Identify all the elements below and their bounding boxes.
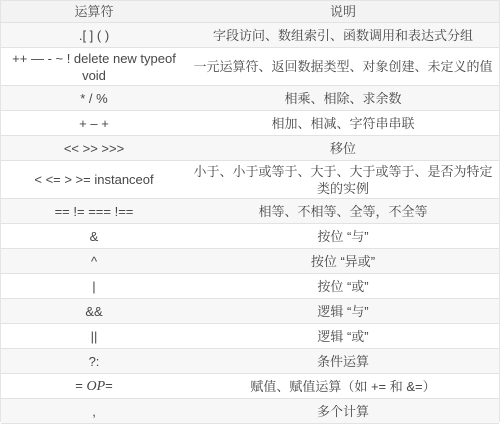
description-cell: 多个计算 xyxy=(187,403,499,420)
description-cell: 移位 xyxy=(187,140,499,157)
description-cell: 字段访问、数组索引、函数调用和表达式分组 xyxy=(187,27,499,44)
description-cell: 逻辑 “或” xyxy=(187,328,499,345)
description-cell: 逻辑 “与” xyxy=(187,303,499,320)
table-row: & 按位 “与” xyxy=(1,224,499,249)
description-cell: 相加、相减、字符串串联 xyxy=(187,115,499,132)
description-cell: 按位 “或” xyxy=(187,278,499,295)
operator-cell: | xyxy=(1,278,187,295)
description-cell: 赋值、赋值运算（如 += 和 &=） xyxy=(187,378,499,395)
table-row: || 逻辑 “或” xyxy=(1,324,499,349)
operator-column-header: 运算符 xyxy=(1,3,187,20)
table-row: ?: 条件运算 xyxy=(1,349,499,374)
table-row: .[ ] ( ) 字段访问、数组索引、函数调用和表达式分组 xyxy=(1,23,499,48)
description-cell: 相等、不相等、全等，不全等 xyxy=(187,203,499,220)
description-cell: 条件运算 xyxy=(187,353,499,370)
table-row: == != === !== 相等、不相等、全等，不全等 xyxy=(1,199,499,224)
operator-cell: ++ — - ~ ! delete new typeof void xyxy=(1,50,187,84)
description-column-header: 说明 xyxy=(187,3,499,20)
assignment-equals-suffix: = xyxy=(105,378,113,393)
operator-cell-assignment: = OP= xyxy=(1,377,187,395)
description-cell: 相乘、相除、求余数 xyxy=(187,90,499,107)
table-row: | 按位 “或” xyxy=(1,274,499,299)
operator-cell: << >> >>> xyxy=(1,140,187,157)
assignment-equals-prefix: = xyxy=(75,378,86,393)
operator-cell: ?: xyxy=(1,353,187,370)
table-row: < <= > >= instanceof 小于、小于或等于、大于、大于或等于、是… xyxy=(1,161,499,199)
table-header-row: 运算符 说明 xyxy=(1,1,499,23)
assignment-op-placeholder: OP xyxy=(86,379,105,394)
operator-cell: .[ ] ( ) xyxy=(1,27,187,44)
operator-cell: == != === !== xyxy=(1,203,187,220)
operator-cell: * / % xyxy=(1,90,187,107)
description-cell: 一元运算符、返回数据类型、对象创建、未定义的值 xyxy=(187,58,499,75)
description-cell: 小于、小于或等于、大于、大于或等于、是否为特定类的实例 xyxy=(187,163,499,197)
operator-cell: + – + xyxy=(1,115,187,132)
operator-cell: && xyxy=(1,303,187,320)
operator-cell: & xyxy=(1,228,187,245)
table-row: << >> >>> 移位 xyxy=(1,136,499,161)
table-row: + – + 相加、相减、字符串串联 xyxy=(1,111,499,136)
operator-cell: , xyxy=(1,403,187,420)
operator-cell: < <= > >= instanceof xyxy=(1,171,187,188)
table-row: && 逻辑 “与” xyxy=(1,299,499,324)
table-row: = OP= 赋值、赋值运算（如 += 和 &=） xyxy=(1,374,499,399)
description-cell: 按位 “与” xyxy=(187,228,499,245)
table-row: * / % 相乘、相除、求余数 xyxy=(1,86,499,111)
table-row: ++ — - ~ ! delete new typeof void 一元运算符、… xyxy=(1,48,499,86)
operator-cell: || xyxy=(1,328,187,345)
table-row: , 多个计算 xyxy=(1,399,499,424)
operator-cell: ^ xyxy=(1,253,187,270)
description-cell: 按位 “异或” xyxy=(187,253,499,270)
table-row: ^ 按位 “异或” xyxy=(1,249,499,274)
operators-table: 运算符 说明 .[ ] ( ) 字段访问、数组索引、函数调用和表达式分组 ++ … xyxy=(0,0,500,422)
